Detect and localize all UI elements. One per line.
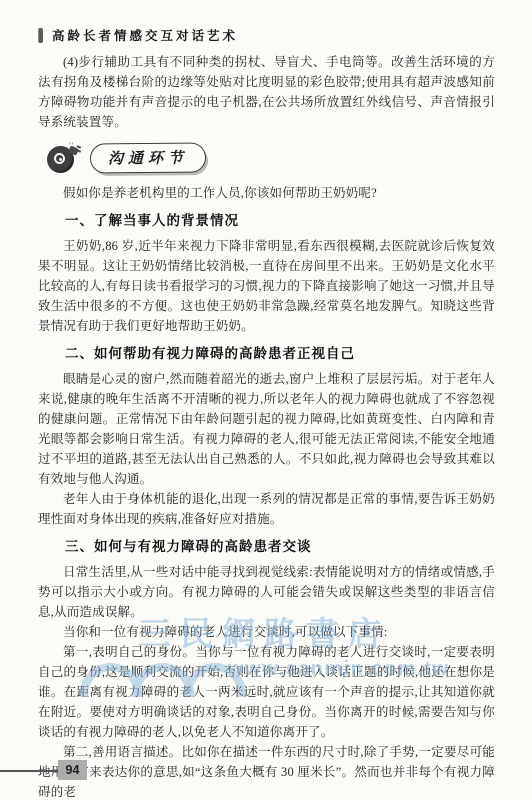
header-bar-ornament [38, 28, 43, 43]
intro-paragraph: (4)步行辅助工具有不同种类的拐杖、导盲犬、手电筒等。改善生活环境的方法有拐角及… [38, 52, 495, 132]
book-title: 高龄长者情感交互对话艺术 [52, 26, 238, 44]
target-center-dot [59, 158, 62, 161]
section-badge-row: '' 沟通环节 [46, 141, 495, 175]
section-badge: 沟通环节 [90, 142, 206, 173]
plug-prong [77, 145, 81, 148]
section-heading-1: 一、了解当事人的背景情况 [38, 211, 495, 230]
target-bomb-icon: '' [46, 141, 80, 175]
book-page: 高龄长者情感交互对话艺术 (4)步行辅助工具有不同种类的拐杖、导盲犬、手电筒等。… [0, 0, 532, 800]
paragraph: 眼睛是心灵的窗户,然而随着韶光的逝去,窗户上堆积了层层污垢。对于老年人来说,健康… [38, 369, 495, 489]
folio-rule [0, 770, 58, 772]
page-number: 94 [58, 760, 87, 780]
paragraph: 第一,表明自己的身份。当你与一位有视力障碍的老人进行交谈时,一定要表明自己的身份… [38, 642, 495, 742]
paragraph: 当你和一位有视力障碍的老人进行交谈时,可以做以下事情: [38, 622, 495, 642]
paragraph: 王奶奶,86 岁,近半年来视力下降非常明显,看东西很模糊,去医院就诊后恢复效果不… [38, 236, 495, 336]
paragraph: 日常生活里,从一些对话中能寻找到视觉线索:表情能说明对方的情绪或情感,手势可以指… [38, 562, 495, 622]
paragraph: 老年人由于身体机能的退化,出现一系列的情况都是正常的事情,要告诉王奶奶理性面对身… [38, 489, 495, 529]
lead-question: 假如你是养老机构里的工作人员,你该如何帮助王奶奶呢? [38, 183, 495, 203]
paragraph: 第二,善用语言描述。比如你在描述一件东西的尺寸时,除了手势,一定要尽可能地用语言… [38, 742, 495, 800]
running-head: 高龄长者情感交互对话艺术 [38, 26, 238, 44]
page-content: (4)步行辅助工具有不同种类的拐杖、导盲犬、手电筒等。改善生活环境的方法有拐角及… [38, 52, 495, 800]
section-heading-2: 二、如何帮助有视力障碍的高龄患者正视自己 [38, 344, 495, 363]
section-heading-3: 三、如何与有视力障碍的高龄患者交谈 [38, 537, 495, 556]
